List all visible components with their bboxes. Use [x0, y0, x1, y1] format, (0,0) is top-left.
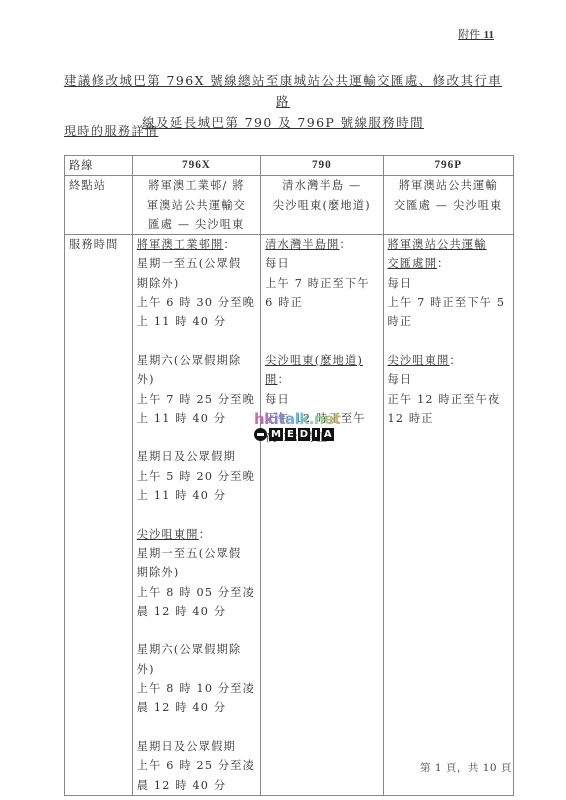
schedule-line: 上午 5 時 20 分至晚: [137, 467, 256, 486]
departure-heading: 將軍澳站公共運輸: [388, 235, 509, 254]
watermark-media: M E D I A: [254, 428, 344, 441]
colon: ：: [199, 528, 211, 541]
schedule-line: 每日: [388, 274, 509, 293]
annex-prefix: 附件: [458, 28, 480, 41]
section-heading: 現時的服務詳情: [64, 122, 159, 139]
annex-label: 附件 11: [458, 26, 494, 42]
title-line-1: 建議修改城巴第 796X 號線總站至康城站公共運輸交匯處、修改其行車路: [64, 73, 502, 109]
schedule-line: 上午 7 時 25 分至晚: [137, 390, 256, 409]
colon: ：: [278, 373, 290, 386]
schedule-line: 期除外): [137, 563, 256, 582]
schedule-line: 每日: [388, 370, 509, 389]
schedule-lines: 每日上午 7 時正至下午6 時正: [265, 254, 378, 312]
spacer: [388, 332, 509, 351]
departure-point: 開: [265, 373, 277, 386]
departure-heading: 尖沙咀東開：: [137, 525, 256, 544]
schedule-lines: 星期一至五(公眾假期除外)上午 8 時 05 分至凌晨 12 時 40 分星期六…: [137, 544, 256, 795]
schedule-line: 時正: [388, 312, 509, 331]
terminus-line: 將軍澳工業邨/ 將: [137, 176, 256, 195]
terminus-line: 清水灣半島 —: [265, 176, 378, 195]
title-line-2: 線及延長城巴第 790 及 796P 號線服務時間: [142, 115, 424, 130]
service-hours-796x: 將軍澳工業邨開： 星期一至五(公眾假期除外)上午 6 時 30 分至晚上 11 …: [132, 235, 260, 796]
schedule-line: 晨 12 時 40 分: [137, 698, 256, 717]
service-hours-790: 清水灣半島開： 每日上午 7 時正至下午6 時正 尖沙咀東(麼地道) 開： 每日…: [261, 235, 383, 796]
schedule-line: 外): [137, 370, 256, 389]
departure-heading: 清水灣半島開：: [265, 235, 378, 254]
schedule-line: 晨 12 時 40 分: [137, 776, 256, 795]
colon: ：: [449, 354, 461, 367]
header-row: 路線 796X 790 796P: [65, 156, 514, 176]
service-hours-796p: 將軍澳站公共運輸 交匯處開： 每日上午 7 時正至下午 5時正 尖沙咀東開： 每…: [383, 235, 513, 796]
schedule-line: 上午 7 時正至下午 5: [388, 293, 509, 312]
schedule-line: 6 時正: [265, 293, 378, 312]
terminus-line: 軍澳站公共運輸交: [137, 196, 256, 215]
departure-heading: 尖沙咀東(麼地道): [265, 351, 378, 370]
route-796p: 796P: [383, 156, 513, 176]
watermark: hkitalk.net M E D I A: [254, 412, 344, 441]
schedule-line: 上午 7 時正至下午: [265, 274, 378, 293]
media-letter: D: [298, 428, 310, 441]
media-letter: A: [322, 428, 334, 441]
schedule-line: 上午 6 時 30 分至晚: [137, 293, 256, 312]
schedule-line: 外): [137, 660, 256, 679]
colon: ：: [437, 257, 449, 270]
route-790: 790: [261, 156, 383, 176]
schedule-line: 晨 12 時 40 分: [137, 602, 256, 621]
spacer: [137, 428, 256, 447]
terminus-label: 終點站: [65, 176, 133, 235]
media-logo-icon: [254, 428, 267, 441]
media-letter: M: [269, 428, 283, 441]
schedule-line: 上午 8 時 05 分至凌: [137, 583, 256, 602]
spacer: [265, 312, 378, 331]
departure-point: 尖沙咀東(麼地道): [265, 354, 363, 367]
spacer: [137, 621, 256, 640]
schedule-line: 星期日及公眾假期: [137, 447, 256, 466]
colon: ：: [223, 238, 235, 251]
departure-heading: 交匯處開：: [388, 254, 509, 273]
schedule-line: 上 11 時 40 分: [137, 486, 256, 505]
service-details-table: 路線 796X 790 796P 終點站 將軍澳工業邨/ 將 軍澳站公共運輸交 …: [64, 155, 514, 796]
schedule-lines: 星期一至五(公眾假期除外)上午 6 時 30 分至晚上 11 時 40 分星期六…: [137, 254, 256, 505]
departure-point: 尖沙咀東開: [137, 528, 199, 541]
spacer: [137, 505, 256, 524]
departure-point: 清水灣半島開: [265, 238, 339, 251]
service-hours-row: 服務時間 將軍澳工業邨開： 星期一至五(公眾假期除外)上午 6 時 30 分至晚…: [65, 235, 514, 796]
spacer: [265, 332, 378, 351]
media-letter: E: [285, 428, 296, 441]
departure-point: 將軍澳工業邨開: [137, 238, 224, 251]
annex-number: 11: [484, 29, 494, 41]
spacer: [137, 332, 256, 351]
schedule-line: 上 11 時 40 分: [137, 409, 256, 428]
route-796x: 796X: [132, 156, 260, 176]
schedule-line: 上午 6 時 25 分至凌: [137, 756, 256, 775]
schedule-line: 上 11 時 40 分: [137, 312, 256, 331]
terminus-line: 將軍澳站公共運輸: [388, 176, 509, 195]
schedule-line: 每日: [265, 390, 378, 409]
schedule-line: 正午 12 時正至午夜: [388, 390, 509, 409]
schedule-line: 星期六(公眾假期除: [137, 351, 256, 370]
page-footer: 第 1 頁，共 10 頁: [420, 760, 512, 775]
colon: ：: [340, 238, 352, 251]
spacer: [137, 718, 256, 737]
departure-point: 交匯處開: [388, 257, 438, 270]
schedule-line: 星期日及公眾假期: [137, 737, 256, 756]
schedule-line: 12 時正: [388, 409, 509, 428]
terminus-790: 清水灣半島 — 尖沙咀東(麼地道): [261, 176, 383, 235]
schedule-line: 上午 8 時 10 分至凌: [137, 679, 256, 698]
route-label: 路線: [65, 156, 133, 176]
departure-heading: 將軍澳工業邨開：: [137, 235, 256, 254]
terminus-line: 匯處 — 尖沙咀東: [137, 215, 256, 234]
service-hours-label: 服務時間: [65, 235, 133, 796]
schedule-line: 每日: [265, 254, 378, 273]
departure-point: 尖沙咀東開: [388, 354, 450, 367]
schedule-line: 星期一至五(公眾假: [137, 544, 256, 563]
terminus-796p: 將軍澳站公共運輸 交匯處 — 尖沙咀東: [383, 176, 513, 235]
departure-heading: 尖沙咀東開：: [388, 351, 509, 370]
departure-heading: 開：: [265, 370, 378, 389]
terminus-row: 終點站 將軍澳工業邨/ 將 軍澳站公共運輸交 匯處 — 尖沙咀東 清水灣半島 —…: [65, 176, 514, 235]
schedule-lines: 每日上午 7 時正至下午 5時正: [388, 274, 509, 332]
terminus-line: 交匯處 — 尖沙咀東: [388, 196, 509, 215]
schedule-line: 期除外): [137, 274, 256, 293]
departure-point: 將軍澳站公共運輸: [388, 238, 487, 251]
terminus-line: 尖沙咀東(麼地道): [265, 196, 378, 215]
media-letter: I: [312, 428, 320, 441]
schedule-line: 星期一至五(公眾假: [137, 254, 256, 273]
schedule-lines: 每日正午 12 時正至午夜12 時正: [388, 370, 509, 428]
watermark-site: hkitalk.net: [254, 412, 344, 427]
terminus-796x: 將軍澳工業邨/ 將 軍澳站公共運輸交 匯處 — 尖沙咀東: [132, 176, 260, 235]
schedule-line: 星期六(公眾假期除: [137, 640, 256, 659]
